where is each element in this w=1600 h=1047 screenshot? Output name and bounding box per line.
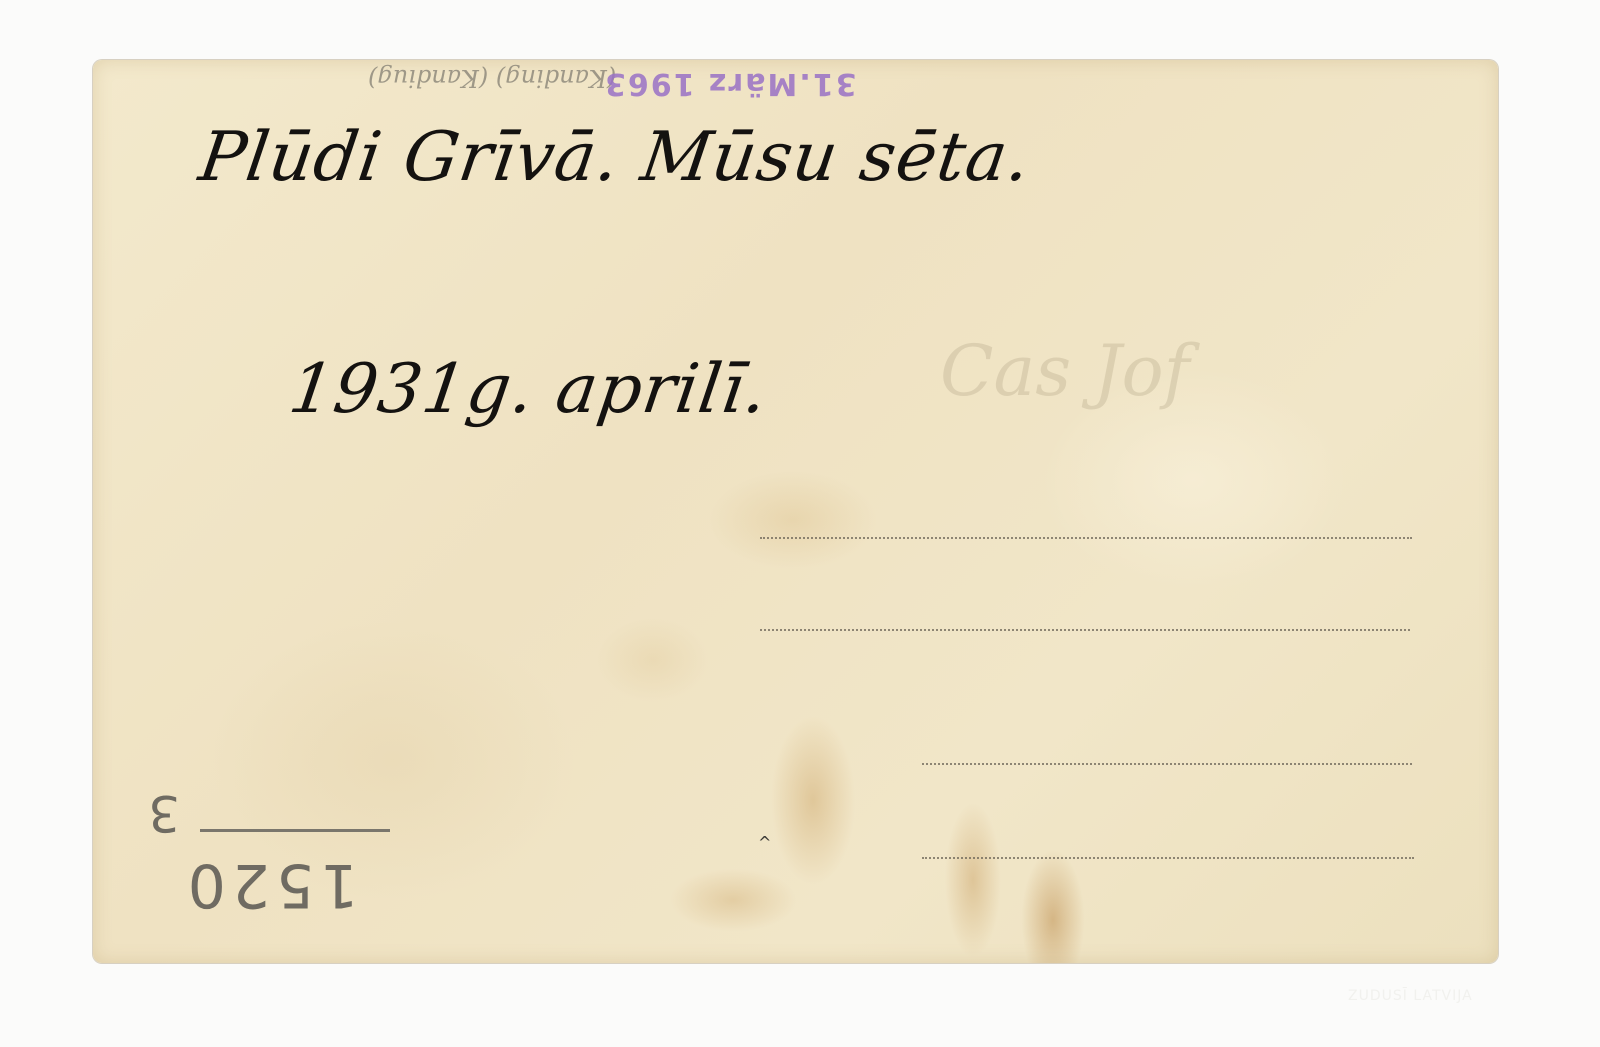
fraction-bar bbox=[200, 829, 390, 832]
faint-pencil-writing: Cas Jof bbox=[940, 330, 1190, 412]
handwritten-caption-line-2: 1931g. aprilī. bbox=[284, 350, 772, 429]
pencil-note-top: (Kanding) (Kandiug) bbox=[368, 64, 616, 92]
page: (Kanding) (Kandiug) 31.März 1963 Plūdi G… bbox=[0, 0, 1600, 1047]
address-line-3 bbox=[922, 763, 1412, 765]
archive-fraction-number: 3 bbox=[148, 784, 180, 842]
address-line-2 bbox=[760, 629, 1410, 631]
archive-number: 1520 3 bbox=[135, 780, 405, 920]
address-line-4 bbox=[922, 857, 1414, 859]
archive-number-value: 1520 bbox=[135, 850, 405, 920]
caret-mark: ^ bbox=[758, 833, 771, 852]
address-line-1 bbox=[760, 537, 1412, 539]
watermark: ZUDUSĪ LATVIJA bbox=[1348, 988, 1473, 1004]
handwritten-caption-line-1: Plūdi Grīvā. Mūsu sēta. bbox=[194, 118, 1035, 197]
date-stamp: 31.März 1963 bbox=[603, 66, 856, 101]
